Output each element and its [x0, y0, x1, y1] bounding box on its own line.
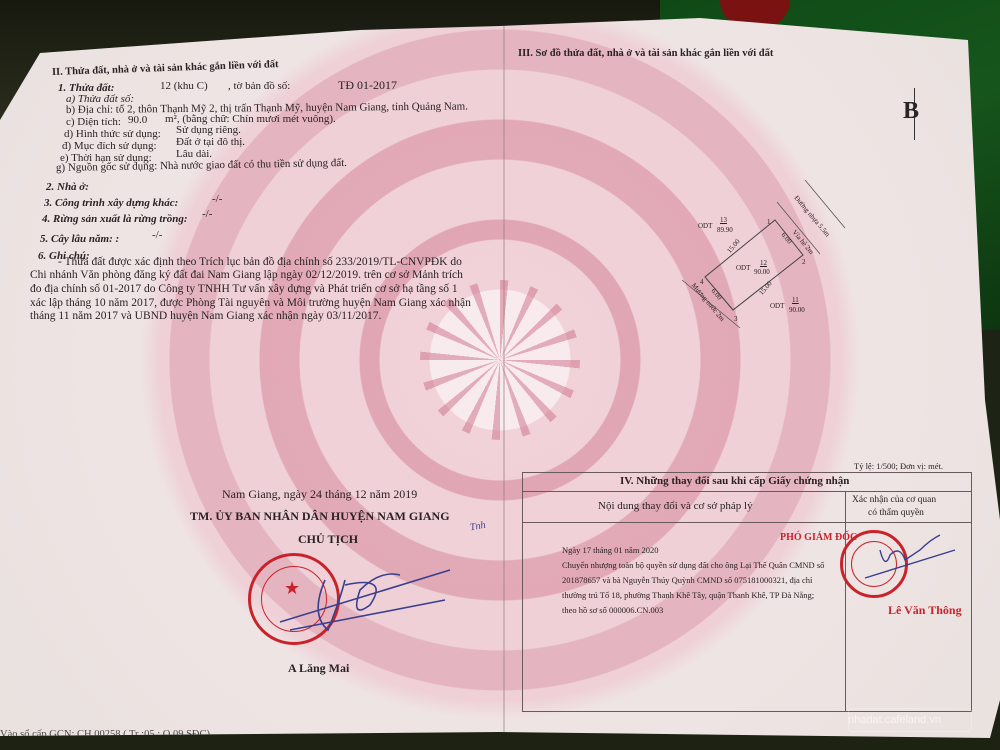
note-line: Chi nhánh Văn phòng đăng ký đất đai Nam … [30, 269, 463, 282]
center-fold [503, 26, 505, 734]
section-ii-title: II. Thửa đất, nhà ở và tài sản khác gắn … [52, 58, 279, 79]
neighbor-bottom-code: ODT [770, 300, 784, 313]
north-label: B [903, 98, 919, 125]
subject-parcel-code: ODT [736, 262, 750, 275]
changes-title: IV. Những thay đổi sau khi cấp Giấy chứn… [620, 475, 849, 488]
note-line: đo địa chính số 01-2017 do Công ty TNHH … [30, 283, 458, 296]
land-certificate-paper: II. Thửa đất, nhà ở và tài sản khác gắn … [0, 0, 1000, 750]
neighbor-bottom-area: 90.00 [789, 304, 805, 317]
parcel-sketch-map [670, 180, 860, 330]
changes-col-content: Nội dung thay đổi và cơ sở pháp lý [598, 500, 753, 513]
changes-col-confirm-2: có thẩm quyền [868, 507, 924, 520]
chairman-name: A Lăng Mai [288, 662, 349, 675]
confirm-signer: Lê Văn Thông [888, 604, 962, 617]
neighbor-top-code: ODT [698, 220, 712, 233]
watermark-text: nhadat.cafeland.vn [848, 714, 941, 726]
deputy-director-signature [860, 530, 960, 590]
change-entry-line: Ngày 17 tháng 01 năm 2020 [562, 544, 659, 557]
other-construction-label: 3. Công trình xây dựng khác: [44, 197, 178, 210]
note-line: - Thửa đất được xác định theo Trích lục … [58, 256, 462, 269]
area-value: 90.0 [128, 114, 147, 127]
neighbor-top-area: 89.90 [717, 224, 733, 237]
other-construction-value: -/- [212, 193, 222, 206]
forest-value: -/- [202, 208, 212, 221]
change-entry-line: thường trú Tổ 18, phường Thanh Khê Tây, … [562, 589, 814, 602]
changes-col-confirm: Xác nhận của cơ quan [852, 494, 936, 507]
signing-authority: TM. ỦY BAN NHÂN DÂN HUYỆN NAM GIANG [190, 510, 450, 523]
subject-parcel-area: 90.00 [754, 266, 770, 279]
vertex-label: 3 [734, 313, 738, 326]
forest-label: 4. Rừng sản xuất là rừng trồng: [42, 213, 188, 226]
note-line: xác lập tháng 10 năm 2017, được Phòng Tà… [30, 297, 471, 310]
parcel-value: 12 (khu C) [160, 80, 208, 93]
map-label: , tờ bản đồ số: [228, 80, 290, 93]
map-value: TĐ 01-2017 [338, 79, 397, 92]
vertex-label: 1 [767, 216, 771, 229]
vertex-label: 2 [802, 256, 806, 269]
signing-place-date: Nam Giang, ngày 24 tháng 12 năm 2019 [222, 488, 417, 501]
chairman-signature [250, 560, 470, 640]
change-entry-line: theo hồ sơ số 000006.CN.003 [562, 604, 663, 617]
section-iii-title: III. Sơ đồ thửa đất, nhà ở và tài sản kh… [518, 47, 773, 60]
signing-title: CHỦ TỊCH [298, 533, 358, 546]
confirm-title: PHÓ GIÁM ĐỐC [780, 531, 857, 544]
perennial-value: -/- [152, 229, 162, 242]
house-label: 2. Nhà ở: [46, 181, 89, 194]
initials-signature: Tnh [469, 519, 487, 535]
note-line: tháng 11 năm 2017 và UBND huyện Nam Gian… [30, 310, 381, 323]
perennial-label: 5. Cây lâu năm: : [40, 233, 119, 246]
change-entry-line: 201878657 và bà Nguyễn Thúy Quỳnh CMND s… [562, 574, 812, 587]
change-entry-line: Chuyển nhượng toàn bộ quyền sử dụng đất … [562, 559, 824, 572]
